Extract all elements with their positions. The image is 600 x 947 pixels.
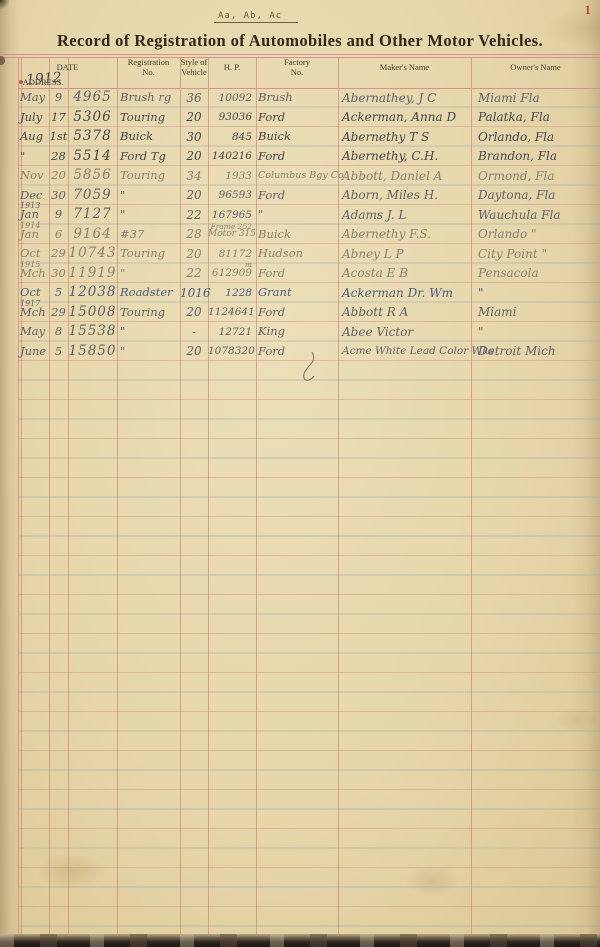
owners-name: Abee Victor xyxy=(338,326,471,338)
owners-name: Ackerman Dr. Wm xyxy=(338,287,471,299)
hp: 36 xyxy=(180,92,208,104)
makers-name: Buick xyxy=(256,229,338,241)
address: Orlando " xyxy=(471,228,600,240)
style-of-vehicle: " xyxy=(117,326,180,338)
makers-name: Brush xyxy=(256,92,338,104)
header-hp: H. P. xyxy=(208,63,256,73)
makers-name: Ford xyxy=(256,112,338,124)
owners-name: Abernethy, C.H. xyxy=(338,150,471,162)
index-tab-label: Aa, Ab, Ac xyxy=(214,11,298,23)
owners-name: Abernethy F.S. xyxy=(338,228,471,240)
makers-name: Ford xyxy=(256,346,338,358)
factory-no: 167965 xyxy=(212,209,252,221)
style-of-vehicle: Ford Tg xyxy=(117,151,180,163)
header-makers-name: Maker's Name xyxy=(338,63,471,73)
table-row: 1913Jan 9 7127 " 22 167965 " Adams J. L … xyxy=(18,205,600,225)
date-day: 9 xyxy=(49,209,68,221)
registration-no: 15538 xyxy=(68,325,117,339)
table-row: June 5 15850 " 20 1078320 Ford Acme Whit… xyxy=(18,342,600,362)
hp: 20 xyxy=(180,248,208,260)
style-of-vehicle: Buick xyxy=(117,131,180,143)
registration-no: 15850 xyxy=(68,345,117,359)
registration-no: 5306 xyxy=(68,111,117,125)
table-row: Nov 20 5856 Touring 34 1933 Columbus Bgy… xyxy=(18,166,600,186)
address: Detroit Mich xyxy=(471,345,600,357)
address: Miami xyxy=(471,306,600,318)
hp: 20 xyxy=(180,189,208,201)
header-registration-no: Registration No. xyxy=(117,58,180,78)
table-row: " 28 5514 Ford Tg 20 140216 Ford Abernet… xyxy=(18,147,600,167)
address: Wauchula Fla xyxy=(471,209,600,221)
year-note: 1915 xyxy=(20,261,40,269)
table-row: Aug 1st 5378 Buick 30 845 Buick Aberneth… xyxy=(18,127,600,147)
date-day: 17 xyxy=(49,112,68,124)
address: Orlando, Fla xyxy=(471,131,600,143)
table-row: July 17 5306 Touring 20 93036 Ford Acker… xyxy=(18,108,600,128)
date-month: May xyxy=(20,324,45,338)
year-note: 1917 xyxy=(20,300,40,308)
makers-name: Ford xyxy=(256,151,338,163)
date-month: Oct xyxy=(20,285,41,299)
table-row: Dec 30 7059 " 20 96593 Ford Aborn, Miles… xyxy=(18,186,600,206)
registration-no: 12038 xyxy=(68,286,117,300)
hp: 22 xyxy=(180,267,208,279)
page-title: Record of Registration of Automobiles an… xyxy=(0,31,600,51)
style-of-vehicle: Touring xyxy=(117,170,180,182)
owners-name: Abernathey, J C xyxy=(338,92,471,104)
address: City Point " xyxy=(471,248,600,260)
date-month: July xyxy=(20,110,42,124)
address: Daytona, Fla xyxy=(471,189,600,201)
date-day: 30 xyxy=(49,190,68,202)
hp: 28 xyxy=(180,228,208,240)
registration-no: 7127 xyxy=(68,208,117,222)
factory-no: 12721 xyxy=(219,326,252,338)
registration-no: 5378 xyxy=(68,130,117,144)
makers-name: Hudson xyxy=(256,248,338,260)
registration-no: 7059 xyxy=(68,189,117,203)
makers-name: Columbus Bgy Co xyxy=(256,171,338,181)
makers-name: " xyxy=(256,209,338,221)
date-month: Oct xyxy=(20,246,41,260)
ledger-page: 1 Aa, Ab, Ac Record of Registration of A… xyxy=(0,0,600,947)
header-owners-name: Owner's Name xyxy=(471,63,600,73)
table-row: 1917Mch 29 15008 Touring 20 1124641 Ford… xyxy=(18,303,600,323)
date-day: 6 xyxy=(49,229,68,241)
factory-no: 81172 xyxy=(219,248,252,260)
date-day: 30 xyxy=(49,268,68,280)
hp: 20 xyxy=(180,150,208,162)
date-day: 5 xyxy=(49,346,68,358)
date-day: 5 xyxy=(49,287,68,299)
hp: - xyxy=(180,326,208,338)
factory-no: 1124641 xyxy=(208,306,255,318)
registration-no: 10743 xyxy=(68,247,117,261)
factory-no: 93036 xyxy=(219,111,252,123)
hp: 22 xyxy=(180,209,208,221)
address: Brandon, Fla xyxy=(471,150,600,162)
hp: 34 xyxy=(180,170,208,182)
table-row: Oct 5 12038 Roadster 1016 1228 Grant Ack… xyxy=(18,283,600,303)
date-month: " xyxy=(20,149,25,163)
factory-no: 140216 xyxy=(212,150,252,162)
style-of-vehicle: Roadster xyxy=(117,287,180,299)
factory-no: 96593 xyxy=(219,189,252,201)
table-row: Oct 29 10743 Touring 20 81172 Hudson Abn… xyxy=(18,244,600,264)
makers-name: Ford xyxy=(256,268,338,280)
registration-no: 5856 xyxy=(68,169,117,183)
date-day: 29 xyxy=(49,307,68,319)
date-month: Nov xyxy=(20,168,43,182)
owners-name: Adams J. L xyxy=(338,209,471,221)
owners-name: Ackerman, Anna D xyxy=(338,111,471,123)
factory-no: 10092 xyxy=(219,92,252,104)
date-month: May xyxy=(20,90,45,104)
date-day: 9 xyxy=(49,92,68,104)
registration-no: 11919 xyxy=(68,267,117,281)
year-note: 1913 xyxy=(20,202,40,210)
owners-name: Abbott R A xyxy=(338,306,471,318)
address: Miami Fla xyxy=(471,92,600,104)
registration-no: 9164 xyxy=(68,228,117,242)
style-of-vehicle: Brush rg xyxy=(117,92,180,104)
owners-name: Acme White Lead Color Wks xyxy=(338,346,471,357)
factory-no: 1078320 xyxy=(208,345,255,357)
owners-name: Abney L P xyxy=(338,248,471,260)
makers-name: Buick xyxy=(256,131,338,143)
date-month: Aug xyxy=(20,129,43,143)
factory-no: 845 xyxy=(232,131,252,143)
makers-name: Grant xyxy=(256,287,338,299)
header-factory-no: Factory No. xyxy=(256,58,338,78)
page-number: 1 xyxy=(585,2,592,18)
registration-no: 5514 xyxy=(68,150,117,164)
hp: 1016 xyxy=(180,287,208,299)
owners-name: Acosta E B xyxy=(338,267,471,279)
address: " xyxy=(471,287,600,299)
book-bottom-edge xyxy=(0,934,600,947)
address: Palatka, Fla xyxy=(471,111,600,123)
hole-punch-dot xyxy=(19,80,23,84)
style-of-vehicle: " xyxy=(117,190,180,202)
owners-name: Abernethy T S xyxy=(338,131,471,143)
table-row: 1914Jan 6 9164 #37 28 Frame 252Motor 315… xyxy=(18,225,600,245)
owners-name: Aborn, Miles H. xyxy=(338,189,471,201)
date-day: 1st xyxy=(49,131,68,143)
table-header-row: DATE Registration No. Style of Vehicle H… xyxy=(18,58,600,88)
makers-name: Ford xyxy=(256,190,338,202)
table-row: May 9 4965 Brush rg 36 10092 Brush Abern… xyxy=(18,88,600,108)
makers-name: Ford xyxy=(256,307,338,319)
style-of-vehicle: " xyxy=(117,346,180,358)
style-of-vehicle: " xyxy=(117,209,180,221)
owners-name: Abbott, Daniel A xyxy=(338,170,471,182)
date-day: 28 xyxy=(49,151,68,163)
factory-note: Frame 252 xyxy=(210,223,252,231)
hp: 20 xyxy=(180,111,208,123)
header-style-of-vehicle: Style of Vehicle xyxy=(180,58,208,78)
top-double-rule xyxy=(0,54,600,55)
registration-no: 4965 xyxy=(68,91,117,105)
factory-no: 1228 xyxy=(225,287,252,299)
date-day: 29 xyxy=(49,248,68,260)
style-of-vehicle: #37 xyxy=(117,229,180,241)
style-of-vehicle: " xyxy=(117,268,180,280)
hp: 20 xyxy=(180,306,208,318)
date-month: Dec xyxy=(20,188,42,202)
hp: 20 xyxy=(180,345,208,357)
table-row: 1915Mch 30 11919 " 22 m612909 Ford Acost… xyxy=(18,264,600,284)
date-month: June xyxy=(20,344,46,358)
factory-no: 1933 xyxy=(225,170,252,182)
hp: 30 xyxy=(180,131,208,143)
address: Ormond, Fla xyxy=(471,170,600,182)
style-of-vehicle: Touring xyxy=(117,307,180,319)
paper-edge-chip xyxy=(0,56,5,65)
year-note: 1914 xyxy=(20,222,40,230)
style-of-vehicle: Touring xyxy=(117,112,180,124)
date-day: 20 xyxy=(49,170,68,182)
style-of-vehicle: Touring xyxy=(117,248,180,260)
table-row: May 8 15538 " - 12721 King Abee Victor " xyxy=(18,322,600,342)
factory-note: m xyxy=(245,261,252,269)
address: Pensacola xyxy=(471,267,600,279)
address: " xyxy=(471,326,600,338)
date-day: 8 xyxy=(49,326,68,338)
registration-no: 15008 xyxy=(68,306,117,320)
handwritten-year-note: 1912 xyxy=(25,70,62,88)
makers-name: King xyxy=(256,326,338,338)
